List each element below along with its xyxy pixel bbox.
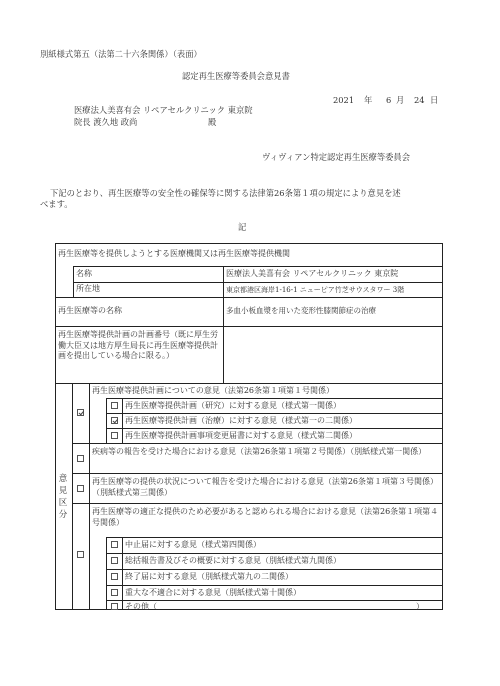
other-close-paren: ） <box>416 602 424 613</box>
opinion-3-checkbox[interactable] <box>77 485 84 492</box>
plan-number-label: 再生医療等提供計画の計画番号（既に厚生労働大臣又は地方厚生局長に再生医療等提供計… <box>58 330 220 362</box>
divider <box>106 398 443 399</box>
opinion-4-sub-5-label: その他（ <box>125 602 157 613</box>
divider <box>55 383 443 384</box>
other-input[interactable] <box>158 602 398 610</box>
name-value: 医療法人美喜有会 リペアセルクリニック 東京院 <box>226 269 398 280</box>
intro-line-2: べます。 <box>40 199 73 209</box>
divider <box>89 383 90 610</box>
opinion-1-sub-3-label: 再生医療等提供計画事項変更届書に対する意見（様式第二関係） <box>125 431 357 442</box>
divider <box>106 398 107 443</box>
opinion-4-sub-5-checkbox[interactable] <box>111 603 118 610</box>
opinion-1-sub-1-checkbox[interactable] <box>111 402 118 409</box>
opinion-4-sub-4-label: 重大な不適合に対する意見（別紙様式第十関係） <box>125 588 301 599</box>
divider <box>72 503 443 504</box>
divider <box>106 413 443 414</box>
divider <box>72 443 443 444</box>
therapy-value: 多血小板血漿を用いた変形性膝関節症の治療 <box>226 306 376 317</box>
date-year: 2021 <box>333 95 354 105</box>
opinion-4-sub-1-label: 中止届に対する意見（様式第四関係） <box>125 540 261 551</box>
opinion-2-label: 疾病等の報告を受けた場合における意見（法第26条第１項第２号関係）（別紙様式第一… <box>92 447 440 458</box>
divider <box>106 537 107 610</box>
therapy-label: 再生医療等の名称 <box>58 306 122 317</box>
opinion-1-sub-1-label: 再生医療等提供計画（研究）に対する意見（様式第一関係） <box>125 401 341 412</box>
opinion-table <box>55 243 443 610</box>
committee-name: ヴィヴィアン特定認定再生医療等委員会 <box>262 152 410 162</box>
ki-label: 記 <box>238 222 246 232</box>
date-year-unit: 年 <box>364 95 372 105</box>
divider <box>55 326 443 327</box>
honorific: 殿 <box>208 117 216 127</box>
opinion-4-sub-3-label: 終了届に対する意見（別紙様式第九の二関係） <box>125 572 293 583</box>
divider <box>106 428 443 429</box>
date-day: 24 <box>414 95 425 105</box>
addressee-org: 医療法人美喜有会 リペアセルクリニック 東京院 <box>74 105 253 115</box>
divider <box>106 600 443 601</box>
divider <box>55 297 443 298</box>
address-value: 東京都港区海岸1-16-1 ニューピア竹芝サウスタワー 3階 <box>226 285 404 296</box>
document-title: 認定再生医療等委員会意見書 <box>182 71 290 81</box>
form-label: 別紙様式第五（法第二十六条関係）（表面） <box>40 49 202 59</box>
opinion-1-sub-2-checkbox[interactable] <box>111 417 118 424</box>
divider <box>122 537 123 610</box>
opinion-1-checkbox[interactable] <box>77 409 84 416</box>
divider <box>73 266 443 267</box>
opinion-4-sub-1-checkbox[interactable] <box>111 541 118 548</box>
opinion-1-label: 再生医療等提供計画についての意見（法第26条第１項第１号関係） <box>92 386 334 397</box>
addressee-person: 院長 渡久地 政尚 <box>74 117 137 127</box>
opinion-1-sub-2-label: 再生医療等提供計画（治療）に対する意見（様式第一の二関係） <box>125 416 357 427</box>
divider <box>106 537 443 538</box>
divider <box>106 553 443 554</box>
opinion-4-checkbox[interactable] <box>77 551 84 558</box>
divider <box>72 473 443 474</box>
opinion-4-sub-3-checkbox[interactable] <box>111 573 118 580</box>
date-month-unit: 月 <box>396 95 404 105</box>
divider <box>122 398 123 443</box>
divider <box>72 383 73 610</box>
divider <box>106 569 443 570</box>
divider <box>73 266 74 297</box>
opinion-4-sub-2-label: 総括報告書及びその概要に対する意見（別紙様式第九関係） <box>125 556 341 567</box>
divider <box>106 585 443 586</box>
opinion-3-label: 再生医療等の提供の状況について報告を受けた場合における意見（法第26条第１項第３… <box>92 477 440 498</box>
opinion-2-checkbox[interactable] <box>77 455 84 462</box>
date-month: 6 <box>386 95 391 105</box>
date-day-unit: 日 <box>430 95 438 105</box>
provider-section-label: 再生医療等を提供しようとする医療機関又は再生医療等提供機関 <box>58 249 290 260</box>
opinion-4-label: 再生医療等の適正な提供のため必要があると認められる場合における意見（法第26条第… <box>92 507 440 528</box>
divider <box>73 282 443 283</box>
divider <box>223 266 224 383</box>
opinion-1-sub-3-checkbox[interactable] <box>111 432 118 439</box>
plan-number-value[interactable] <box>226 330 440 380</box>
opinion-4-sub-4-checkbox[interactable] <box>111 589 118 596</box>
opinion-category-label: 意見区分 <box>58 473 68 521</box>
address-label: 所在地 <box>76 284 100 295</box>
intro-line-1: 下記のとおり、再生医療等の安全性の確保等に関する法律第26条第１項の規定により意… <box>50 188 401 198</box>
opinion-4-sub-2-checkbox[interactable] <box>111 557 118 564</box>
name-label: 名称 <box>76 269 92 280</box>
